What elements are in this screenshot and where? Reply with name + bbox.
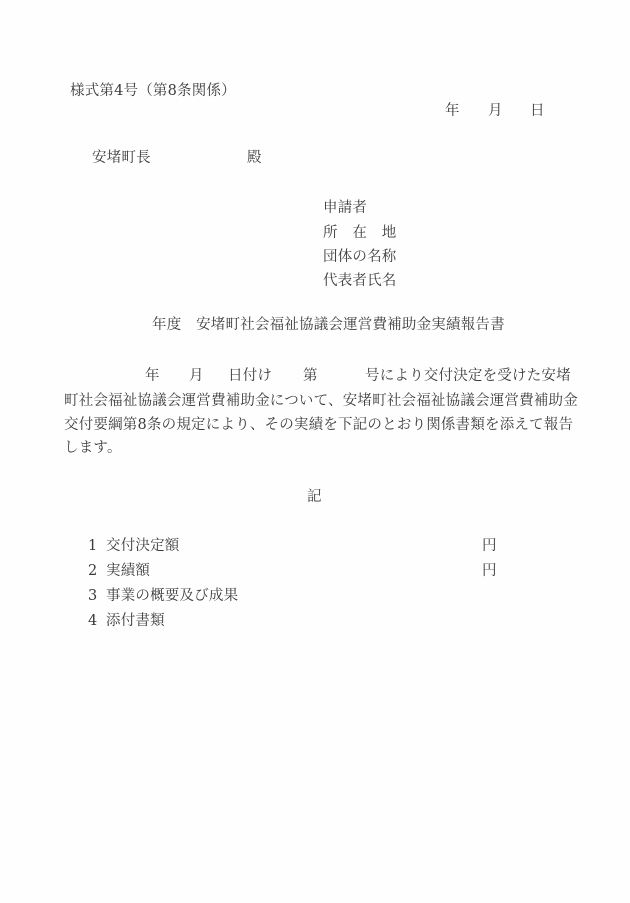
item-label: 実績額 (106, 563, 150, 580)
item-label: 交付決定額 (106, 538, 180, 555)
body-line1-text: 号により交付決定を受けた安堵 (365, 368, 571, 385)
addressee-honorific: 殿 (247, 150, 262, 167)
body-line1-month-label: 月 (189, 368, 204, 385)
item-unit: 円 (482, 563, 497, 580)
item-label: 添付書類 (106, 613, 165, 630)
date-year-label: 年 (445, 103, 460, 120)
body-line4-text: します。 (64, 440, 122, 457)
date-day-label: 日 (530, 103, 545, 120)
item-number: 2 (88, 563, 97, 580)
item-label: 事業の概要及び成果 (106, 588, 238, 605)
document-page: 様式第4号（第8条関係） 年 月 日 安堵町長 殿 申請者 所 在 地 団体の名… (0, 0, 630, 903)
body-line2-text: 町社会福祉協議会運営費補助金について、安堵町社会福祉協議会運営費補助金 (64, 393, 578, 410)
body-line1-year-label: 年 (145, 368, 160, 385)
applicant-heading: 申請者 (323, 200, 367, 217)
applicant-address-label: 所 在 地 (323, 225, 397, 242)
document-title: 年度 安堵町社会福祉協議会運営費補助金実績報告書 (152, 317, 505, 334)
applicant-representative-label: 代表者氏名 (323, 273, 397, 290)
item-number: 3 (88, 588, 97, 605)
applicant-organization-label: 団体の名称 (323, 249, 397, 266)
body-line1-day-label: 日付け (228, 368, 272, 385)
body-line1-number-prefix: 第 (303, 368, 318, 385)
form-number: 様式第4号（第8条関係） (70, 83, 236, 100)
body-line3-text: 交付要綱第8条の規定により、その実績を下記のとおり関係書類を添えて報告 (64, 417, 573, 434)
addressee-name: 安堵町長 (92, 150, 151, 167)
item-number: 4 (88, 613, 97, 630)
record-marker: 記 (307, 489, 322, 506)
item-number: 1 (88, 538, 97, 555)
date-month-label: 月 (488, 103, 503, 120)
item-unit: 円 (482, 538, 497, 555)
